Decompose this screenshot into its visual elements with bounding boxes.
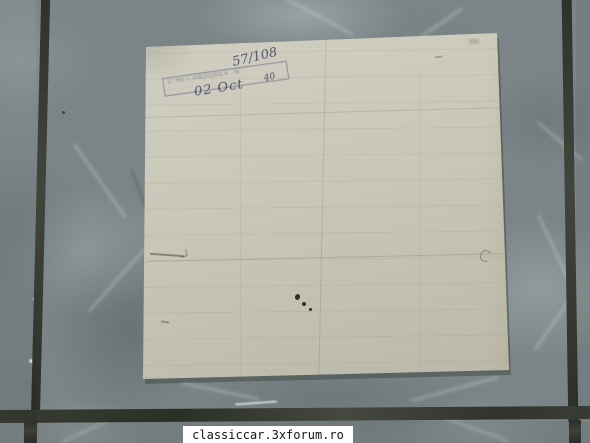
grout-line-left-lower xyxy=(24,420,37,443)
table-column-line xyxy=(240,88,241,374)
photo-scene: C·RET ANDONEA ·N· ·· ········ ·· ······ … xyxy=(0,0,590,443)
marble-vein xyxy=(256,0,354,36)
tile-left xyxy=(0,0,36,420)
marble-vein xyxy=(442,416,508,442)
watermark-box: classiccar.3xforum.ro xyxy=(183,426,353,443)
paper-document: C·RET ANDONEA ·N· ·· ········ ·· ······ … xyxy=(128,28,524,384)
stamp-handwritten-value: 40 xyxy=(263,72,276,84)
dust-speck xyxy=(62,111,65,114)
crease-line xyxy=(148,253,503,261)
ink-speck xyxy=(294,293,301,300)
grout-line-left xyxy=(31,0,50,422)
table-column-line xyxy=(420,68,421,368)
tile-right xyxy=(576,0,590,420)
pen-c-mark xyxy=(478,248,492,263)
smudge-mark xyxy=(469,39,479,44)
watermark-text: classiccar.3xforum.ro xyxy=(192,428,344,442)
crease-line-vertical xyxy=(318,36,326,374)
scratch-mark xyxy=(235,401,277,406)
marble-vein xyxy=(411,376,498,401)
crease-line xyxy=(142,107,510,118)
marble-vein xyxy=(536,121,583,161)
grout-line-horizontal xyxy=(0,406,590,423)
pen-arrowhead-mark xyxy=(179,249,188,258)
smudge-mark xyxy=(435,56,442,59)
grout-line-right xyxy=(562,0,579,422)
marble-vein xyxy=(73,144,126,219)
marble-vein xyxy=(181,382,260,401)
ink-speck xyxy=(309,308,312,311)
grout-line-right-lower xyxy=(569,420,581,443)
smudge-mark xyxy=(161,320,169,323)
ink-speck xyxy=(302,302,306,306)
